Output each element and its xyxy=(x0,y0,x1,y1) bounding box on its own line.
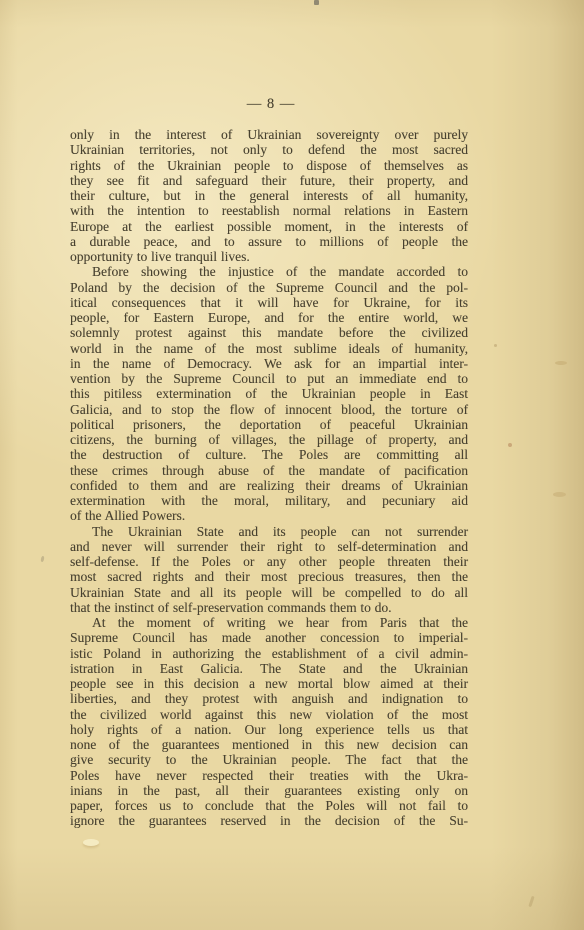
text-line: people see in this decision a new mortal… xyxy=(70,676,468,691)
text-line: holy rights of a nation. Our long experi… xyxy=(70,722,468,737)
text-line: the destruction of culture. The Poles ar… xyxy=(70,447,468,462)
paragraph: Before showing the injustice of the mand… xyxy=(70,264,468,523)
text-line: these crimes through abuse of the mandat… xyxy=(70,463,468,478)
text-line: liberties, and they protest with anguish… xyxy=(70,691,468,706)
text-line: people, for Eastern Europe, and for the … xyxy=(70,310,468,325)
text-line: istic Poland in authorizing the establis… xyxy=(70,646,468,661)
paper-blemish xyxy=(83,839,99,846)
text-line: inians in the past, all their guarantees… xyxy=(70,783,468,798)
text-line: the civilized world against this new vio… xyxy=(70,707,468,722)
text-line: Poles have never respected their treatie… xyxy=(70,768,468,783)
page-text: only in the interest of Ukrainian sovere… xyxy=(70,127,468,829)
text-line: solemnly protest against this mandate be… xyxy=(70,325,468,340)
text-line: Europe at the earliest possible moment, … xyxy=(70,219,468,234)
book-page: — 8 — only in the interest of Ukrainian … xyxy=(0,0,584,930)
text-line: citizens, the burning of villages, the p… xyxy=(70,432,468,447)
left-margin-mark xyxy=(40,556,44,562)
text-line: political prisoners, the deportation of … xyxy=(70,417,468,432)
text-line: only in the interest of Ukrainian sovere… xyxy=(70,127,468,142)
text-line: vention by the Supreme Council to put an… xyxy=(70,371,468,386)
text-line: give security to the Ukrainian people. T… xyxy=(70,752,468,767)
paragraph: only in the interest of Ukrainian sovere… xyxy=(70,127,468,264)
text-line: with the intention to reestablish normal… xyxy=(70,203,468,218)
text-line: ignore the guarantees reserved in the de… xyxy=(70,813,468,828)
text-line: most sacred rights and their most precio… xyxy=(70,569,468,584)
paragraph: At the moment of writing we hear from Pa… xyxy=(70,615,468,829)
text-line: itical consequences that it will have fo… xyxy=(70,295,468,310)
text-line: rights of the Ukrainian people to dispos… xyxy=(70,158,468,173)
text-line: extermination with the moral, military, … xyxy=(70,493,468,508)
text-line: their culture, but in the general intere… xyxy=(70,188,468,203)
text-line: a durable peace, and to assure to millio… xyxy=(70,234,468,249)
text-line: paper, forces us to conclude that the Po… xyxy=(70,798,468,813)
text-line: self-defense. If the Poles or any other … xyxy=(70,554,468,569)
text-line: Ukrainian State and all its people will … xyxy=(70,585,468,600)
top-edge-speck xyxy=(314,0,319,5)
text-line: Ukrainian territories, not only to defen… xyxy=(70,142,468,157)
text-line: they see fit and safeguard their future,… xyxy=(70,173,468,188)
text-line: Galicia, and to stop the flow of innocen… xyxy=(70,402,468,417)
text-line: in the name of Democracy. We ask for an … xyxy=(70,356,468,371)
text-line: confided to them and are realizing their… xyxy=(70,478,468,493)
text-line: world in the name of the most sublime id… xyxy=(70,341,468,356)
text-line: Poland by the decision of the Supreme Co… xyxy=(70,280,468,295)
text-line: At the moment of writing we hear from Pa… xyxy=(70,615,468,630)
text-line: The Ukrainian State and its people can n… xyxy=(70,524,468,539)
ink-speck xyxy=(494,344,497,347)
text-line: of the Allied Powers. xyxy=(70,508,468,523)
page-number: — 8 — xyxy=(72,96,470,113)
ink-speck xyxy=(508,443,512,447)
bottom-right-scratch xyxy=(528,896,534,907)
right-margin-smudge xyxy=(553,492,566,497)
text-line: that the instinct of self-preservation c… xyxy=(70,600,468,615)
paragraph: The Ukrainian State and its people can n… xyxy=(70,524,468,616)
text-line: this pitiless extermination of the Ukrai… xyxy=(70,386,468,401)
text-line: opportunity to live tranquil lives. xyxy=(70,249,468,264)
text-line: Before showing the injustice of the mand… xyxy=(70,264,468,279)
text-line: and never will surrender their right to … xyxy=(70,539,468,554)
text-line: istration in East Galicia. The State and… xyxy=(70,661,468,676)
right-margin-smudge xyxy=(555,361,567,365)
text-line: none of the guarantees mentioned in this… xyxy=(70,737,468,752)
text-line: Supreme Council has made another concess… xyxy=(70,630,468,645)
